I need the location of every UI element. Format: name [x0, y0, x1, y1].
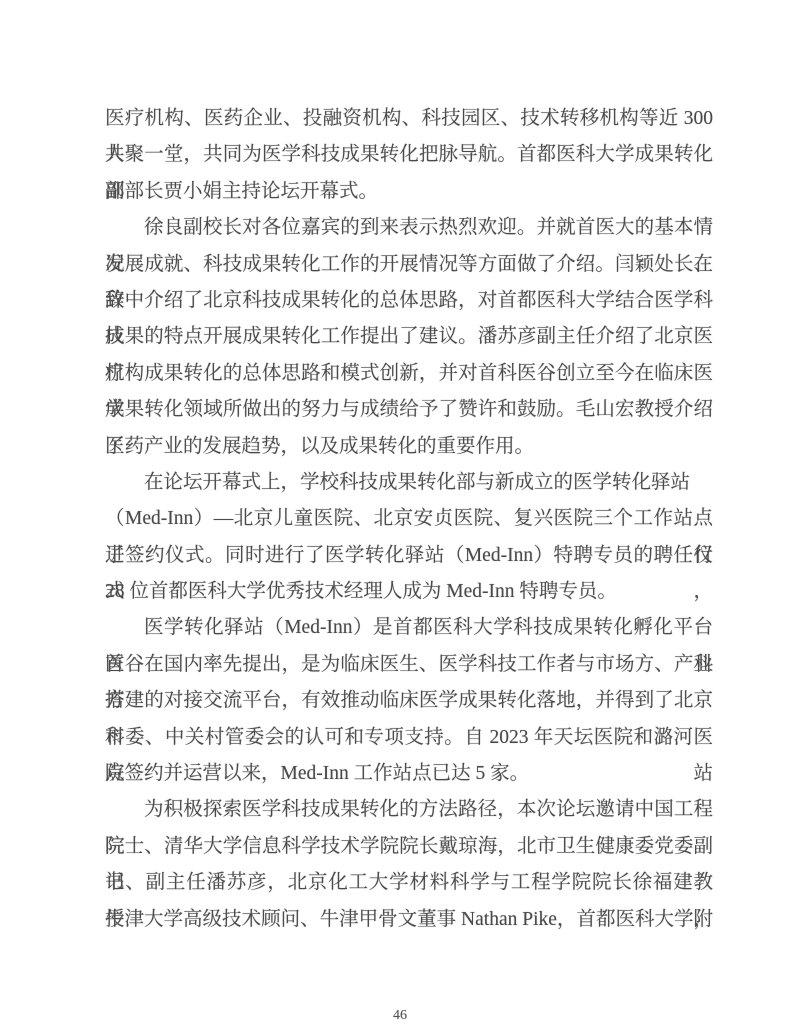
- page-number: 46: [393, 1008, 407, 1023]
- document-page: 医疗机构、医药企业、投融资机构、科技园区、技术转移机构等近 300 人共聚一堂，…: [0, 0, 800, 1035]
- text-line: 医药产业的发展趋势，以及成果转化的重要作用。: [105, 429, 713, 465]
- text-line: 了签约仪式。同时进行了医学转化驿站（Med-Inn）特聘专员的聘任仪式，: [105, 538, 713, 574]
- text-line: 院士、清华大学信息科学技术学院院长戴琼海，北市卫生健康委党委副书: [105, 829, 713, 865]
- text-line: （Med-Inn）—北京儿童医院、北京安贞医院、复兴医院三个工作站点进行: [105, 501, 713, 537]
- text-line: 搭建的对接交流平台，有效推动临床医学成果转化落地，并得到了北京市: [105, 683, 713, 719]
- text-line: 医谷在国内率先提出，是为临床医生、医学科技工作者与市场方、产业方: [105, 647, 713, 683]
- text-line: 成果转化领域所做出的努力与成绩给予了赞许和鼓励。毛山宏教授介绍了: [105, 392, 713, 428]
- text-line: 共聚一堂，共同为医学科技成果转化把脉导航。首都医科大学成果转化部: [105, 137, 713, 173]
- text-line: 辞中介绍了北京科技成果转化的总体思路，对首都医科大学结合医学科技: [105, 283, 713, 319]
- text-line: 发展成就、科技成果转化工作的开展情况等方面做了介绍。闫颖处长在致: [105, 247, 713, 283]
- text-line: 为积极探索医学科技成果转化的方法路径，本次论坛邀请中国工程院: [105, 792, 713, 828]
- text-line: 医学转化驿站（Med-Inn）是首都医科大学科技成果转化孵化平台首科: [105, 610, 713, 646]
- document-text-block: 医疗机构、医药企业、投融资机构、科技园区、技术转移机构等近 300 人共聚一堂，…: [105, 101, 713, 938]
- text-line: 在论坛开幕式上，学校科技成果转化部与新成立的医学转化驿站: [105, 465, 713, 501]
- text-line: 徐良副校长对各位嘉宾的到来表示热烈欢迎。并就首医大的基本情况、: [105, 210, 713, 246]
- text-line: 科委、中关村管委会的认可和专项支持。自 2023 年天坛医院和潞河医院站: [105, 720, 713, 756]
- text-line: 牛津大学高级技术顾问、牛津甲骨文董事 Nathan Pike，首都医科大学附: [105, 902, 713, 938]
- text-line: 成果的特点开展成果转化工作提出了建议。潘苏彦副主任介绍了北京医疗: [105, 319, 713, 355]
- text-line: 副部长贾小娟主持论坛开幕式。: [105, 174, 713, 210]
- text-line: 记、副主任潘苏彦，北京化工大学材料科学与工程学院院长徐福建教授，: [105, 865, 713, 901]
- text-line: 机构成果转化的总体思路和模式创新，并对首科医谷创立至今在临床医学: [105, 356, 713, 392]
- page-footer: 46: [0, 1006, 800, 1024]
- text-line: 医疗机构、医药企业、投融资机构、科技园区、技术转移机构等近 300 人: [105, 101, 713, 137]
